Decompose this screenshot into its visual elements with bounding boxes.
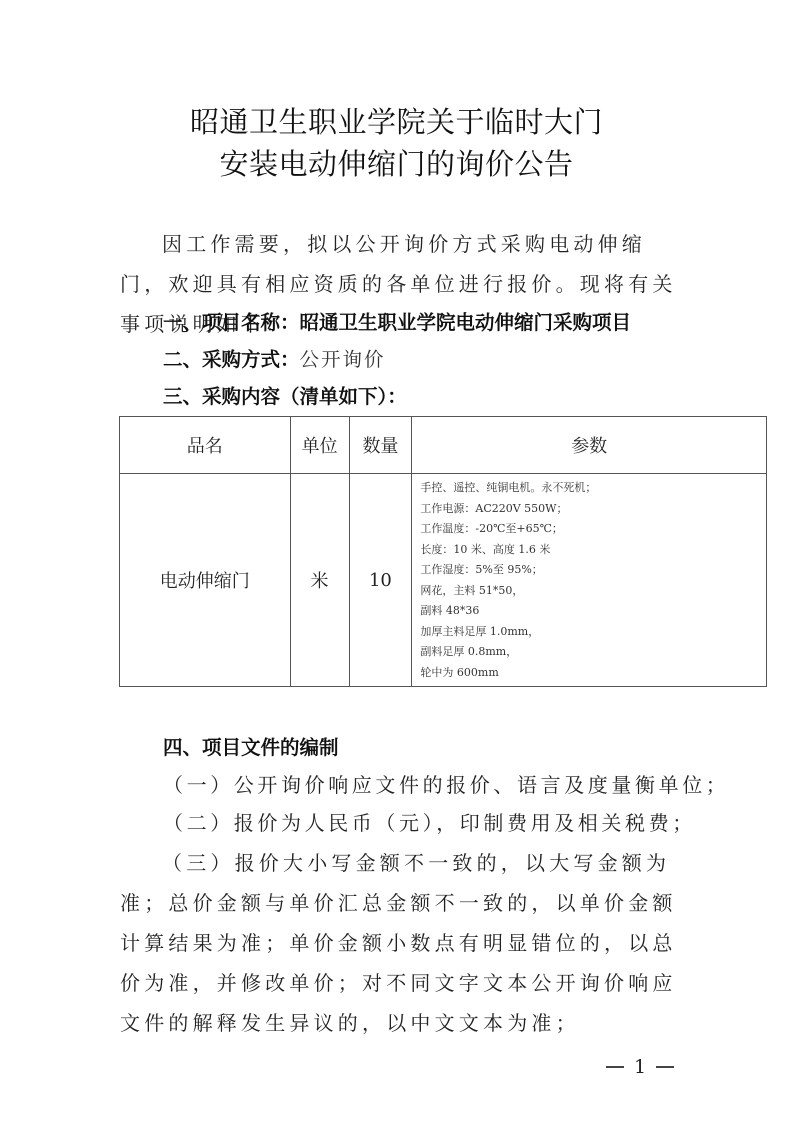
param-line: 网花，主料 51*50， [420,581,760,602]
param-line: 副料 48*36 [420,601,760,622]
page-number: 1 [606,1056,674,1078]
param-line: 副料足厚 0.8mm， [420,642,760,663]
dash-right [656,1066,674,1068]
param-line: 工作湿度：5%至 95%； [420,560,760,581]
section-document-preparation: 四、项目文件的编制 [163,733,339,763]
section-project-name-value: 昭通卫生职业学院电动伸缩门采购项目 [300,311,632,334]
cell-quantity: 10 [349,474,412,687]
document-title-line-2: 安装电动伸缩门的询价公告 [0,144,793,184]
preparation-item-1: （一）公开询价响应文件的报价、语言及度量衡单位； [163,770,729,800]
param-line: 手控、遥控、纯铜电机。永不死机； [420,478,760,499]
param-line: 长度：10 米、高度 1.6 米 [420,540,760,561]
header-unit: 单位 [290,417,349,474]
param-line: 加厚主料足厚 1.0mm， [420,622,760,643]
preparation-item-3: （三）报价大小写金额不一致的，以大写金额为准；总价金额与单价汇总金额不一致的，以… [120,843,680,1043]
param-line: 工作电源：AC220V 550W； [420,499,760,520]
header-item-name: 品名 [120,417,291,474]
dash-left [606,1066,624,1068]
param-line: 工作温度：-20℃至+65℃； [420,519,760,540]
section-procurement-method-value: 公开询价 [300,348,386,371]
section-procurement-method-label: 二、采购方式： [163,348,300,371]
header-parameters: 参数 [412,417,767,474]
section-procurement-content: 三、采购内容（清单如下）： [163,382,407,412]
header-quantity: 数量 [349,417,412,474]
section-project-name-label: 一、项目名称： [163,311,300,334]
table-row: 电动伸缩门 米 10 手控、遥控、纯铜电机。永不死机； 工作电源：AC220V … [120,474,767,687]
page-number-value: 1 [634,1056,646,1078]
table-header-row: 品名 单位 数量 参数 [120,417,767,474]
cell-item-name: 电动伸缩门 [120,474,291,687]
document-title-line-1: 昭通卫生职业学院关于临时大门 [0,102,793,142]
cell-unit: 米 [290,474,349,687]
procurement-table: 品名 单位 数量 参数 电动伸缩门 米 10 手控、遥控、纯铜电机。永不死机； … [119,416,767,687]
preparation-item-2: （二）报价为人民币（元），印制费用及相关税费； [163,808,696,838]
cell-parameters: 手控、遥控、纯铜电机。永不死机； 工作电源：AC220V 550W； 工作温度：… [412,474,767,687]
section-procurement-method: 二、采购方式：公开询价 [163,345,386,375]
section-project-name: 一、项目名称：昭通卫生职业学院电动伸缩门采购项目 [163,308,631,338]
param-line: 轮中为 600mm [420,663,760,684]
